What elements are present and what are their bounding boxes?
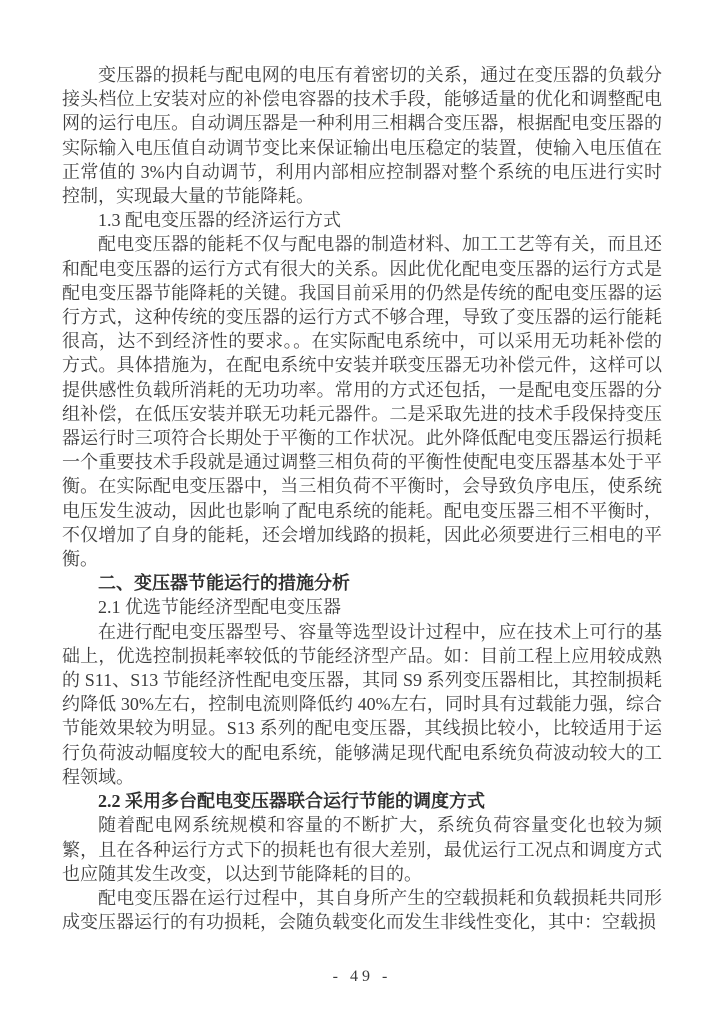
paragraph-voltage-adjustment: 变压器的损耗与配电网的电压有着密切的关系，通过在变压器的负载分接头档位上安装对应… xyxy=(62,63,662,208)
section-heading-2: 二、变压器节能运行的措施分析 xyxy=(62,571,662,595)
page-number: - 49 - xyxy=(333,968,392,985)
page-footer: - 49 - xyxy=(62,968,662,986)
subsection-heading-1-3: 1.3 配电变压器的经济运行方式 xyxy=(62,208,662,232)
paragraph-load-loss: 配电变压器在运行过程中，其自身所产生的空载损耗和负载损耗共同形成变压器运行的有功… xyxy=(62,886,662,934)
paragraph-economic-operation: 配电变压器的能耗不仅与配电器的制造材料、加工工艺等有关，而且还和配电变压器的运行… xyxy=(62,232,662,571)
paragraph-dispatch-mode: 随着配电网系统规模和容量的不断扩大，系统负荷容量变化也较为频繁，且在各种运行方式… xyxy=(62,813,662,886)
subsection-heading-2-1: 2.1 优选节能经济型配电变压器 xyxy=(62,595,662,619)
subsection-heading-2-2: 2.2 采用多台配电变压器联合运行节能的调度方式 xyxy=(62,789,662,813)
document-page: 变压器的损耗与配电网的电压有着密切的关系，通过在变压器的负载分接头档位上安装对应… xyxy=(0,0,724,1024)
paragraph-transformer-selection: 在进行配电变压器型号、容量等选型设计过程中，应在技术上可行的基础上，优选控制损耗… xyxy=(62,620,662,789)
document-body: 变压器的损耗与配电网的电压有着密切的关系，通过在变压器的负载分接头档位上安装对应… xyxy=(62,63,662,934)
